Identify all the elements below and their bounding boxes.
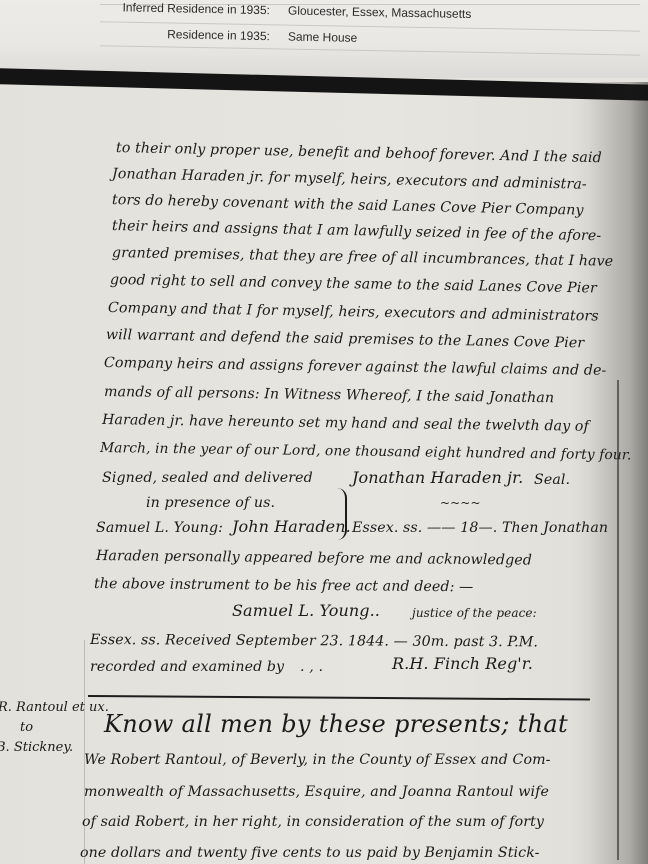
witness-signature: Samuel L. Young: <box>96 520 223 536</box>
justice-signature: Samuel L. Young.. <box>232 601 380 620</box>
received-line: Essex. ss. Received September 23. 1844. … <box>90 632 538 650</box>
deed-line: We Robert Rantoul, of Beverly, in the Co… <box>84 752 551 768</box>
summary-label: Inferred Residence in 1935: <box>0 0 270 17</box>
seal-label: Seal. <box>534 472 570 488</box>
summary-sheet: Inferred Residence in 1935:Gloucester, E… <box>0 0 648 78</box>
witness-signature: John Haraden. <box>232 517 351 536</box>
in-presence-of: in presence of us. <box>146 495 275 511</box>
acknowledgment-line: Essex. ss. —— 18—. Then Jonathan <box>352 520 608 536</box>
summary-label: Residence in 1935: <box>0 24 270 43</box>
margin-note: B. Stickney. <box>0 740 73 755</box>
deed-line: of said Robert, in her right, in conside… <box>82 814 544 830</box>
acknowledgment-line: the above instrument to be his free act … <box>94 576 474 595</box>
register-signature: R.H. Finch Reg'r. <box>392 654 533 673</box>
grantor-signature: Jonathan Haraden jr. <box>352 468 523 487</box>
justice-title: justice of the peace: <box>412 606 537 620</box>
summary-row-residence: Residence in 1935:Same House <box>0 24 357 45</box>
summary-value: Gloucester, Essex, Massachusetts <box>288 4 472 22</box>
seal-mark: ~~~~ <box>440 496 481 510</box>
signed-sealed-delivered: Signed, sealed and delivered <box>102 470 313 486</box>
recorded-line: recorded and examined by <box>90 659 284 675</box>
margin-note: R. Rantoul et ux. <box>0 700 109 715</box>
deed-heading: Know all men by these presents; that <box>104 710 568 738</box>
summary-value: Same House <box>288 30 358 45</box>
deed-line: one dollars and twenty five cents to us … <box>80 845 540 861</box>
deed-line: monwealth of Massachusetts, Esquire, and… <box>84 784 549 800</box>
divider <box>100 45 640 55</box>
recorded-dots: . , . <box>300 659 323 675</box>
margin-note: to <box>20 720 33 735</box>
